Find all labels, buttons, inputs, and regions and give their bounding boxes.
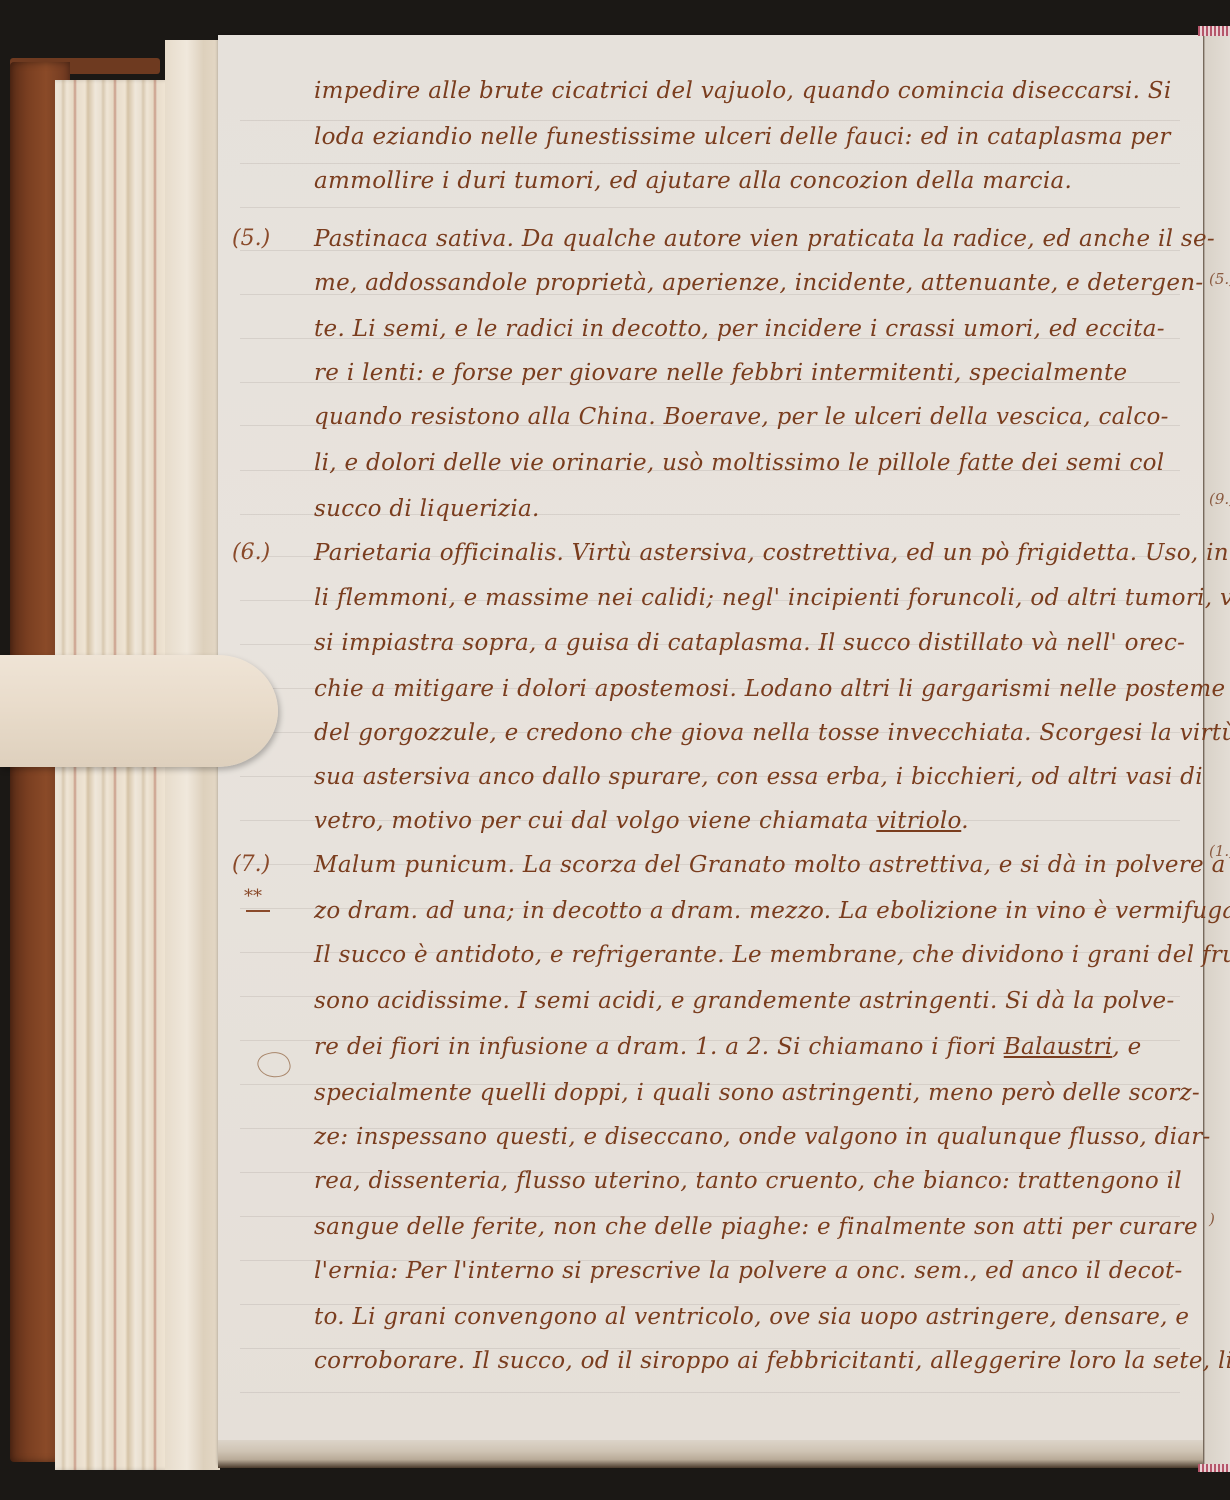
bone-folder-page-holder (0, 655, 278, 767)
ruled-line (240, 207, 1180, 208)
facing-page-mark: (5.) (1209, 270, 1230, 288)
entry-5-line: li, e dolori delle vie orinarie, usò mol… (314, 450, 1164, 476)
headband-bottom (1198, 1464, 1230, 1472)
facing-page-mark: (1.) (1209, 842, 1230, 860)
entry-7-line: zo dram. ad una; in decotto a dram. mezz… (314, 898, 1230, 924)
entry-7-line: sangue delle ferite, non che delle piagh… (314, 1214, 1198, 1240)
entry-7-line: Malum punicum. La scorza del Granato mol… (314, 852, 1230, 878)
facing-page-mark: ) (1209, 1210, 1215, 1228)
entry-7-line: specialmente quelli doppi, i quali sono … (314, 1080, 1200, 1106)
ruled-line (240, 163, 1180, 164)
entry-5-line: re i lenti: e forse per giovare nelle fe… (314, 360, 1127, 386)
entry-6-line: chie a mitigare i dolori apostemosi. Lod… (314, 676, 1225, 702)
entry-7-line: l'ernia: Per l'interno si prescrive la p… (314, 1258, 1183, 1284)
entry-7-line: sono acidissime. I semi acidi, e grandem… (314, 988, 1175, 1014)
entry-5-line: quando resistono alla China. Boerave, pe… (314, 404, 1169, 430)
underlined-word: vitriolo (876, 808, 961, 834)
entry-7-line: Il succo è antidoto, e refrigerante. Le … (314, 942, 1230, 968)
annotation-underline (246, 910, 270, 912)
entry-5-line: te. Li semi, e le radici in decotto, per… (314, 316, 1165, 342)
entry-5-line: me, addossandole proprietà, aperienze, i… (314, 270, 1203, 296)
underlined-word: Balaustri (1004, 1034, 1113, 1060)
page-bottom-edge (218, 1440, 1203, 1468)
entry-number-7: (7.) (232, 852, 270, 877)
entry-7-line: ze: inspessano questi, e diseccano, onde… (314, 1124, 1211, 1150)
headband-top (1198, 26, 1230, 36)
entry-7-line: rea, dissenteria, flusso uterino, tanto … (314, 1168, 1182, 1194)
entry-5-line: Pastinaca sativa. Da qualche autore vien… (314, 226, 1215, 252)
entry-7-line: corroborare. Il succo, od il siroppo ai … (314, 1348, 1230, 1374)
entry-6-line: Parietaria officinalis. Virtù astersiva,… (314, 540, 1230, 566)
ruled-line (240, 120, 1180, 121)
text-line: impedire alle brute cicatrici del vajuol… (314, 78, 1172, 104)
entry-7-line: to. Li grani convengono al ventricolo, o… (314, 1304, 1189, 1330)
facing-page-mark: (9.) (1209, 490, 1230, 508)
entry-5-line: succo di liquerizia. (314, 496, 540, 522)
entry-7-line: re dei fiori in infusione a dram. 1. a 2… (314, 1034, 1142, 1060)
entry-6-line: del gorgozzule, e credono che giova nell… (314, 720, 1230, 746)
entry-6-line: sua astersiva anco dallo spurare, con es… (314, 764, 1203, 790)
entry-6-line: si impiastra sopra, a guisa di cataplasm… (314, 630, 1185, 656)
text-line: ammollire i duri tumori, ed ajutare alla… (314, 168, 1072, 194)
ruled-line (240, 1392, 1180, 1393)
asterisk-annotation: ** (244, 886, 262, 907)
entry-number-6: (6.) (232, 540, 270, 565)
text-line: loda eziandio nelle funestissime ulceri … (314, 124, 1171, 150)
entry-number-5: (5.) (232, 226, 270, 251)
entry-6-line: vetro, motivo per cui dal volgo viene ch… (314, 808, 969, 834)
entry-6-line: li flemmoni, e massime nei calidi; negl'… (314, 585, 1230, 611)
